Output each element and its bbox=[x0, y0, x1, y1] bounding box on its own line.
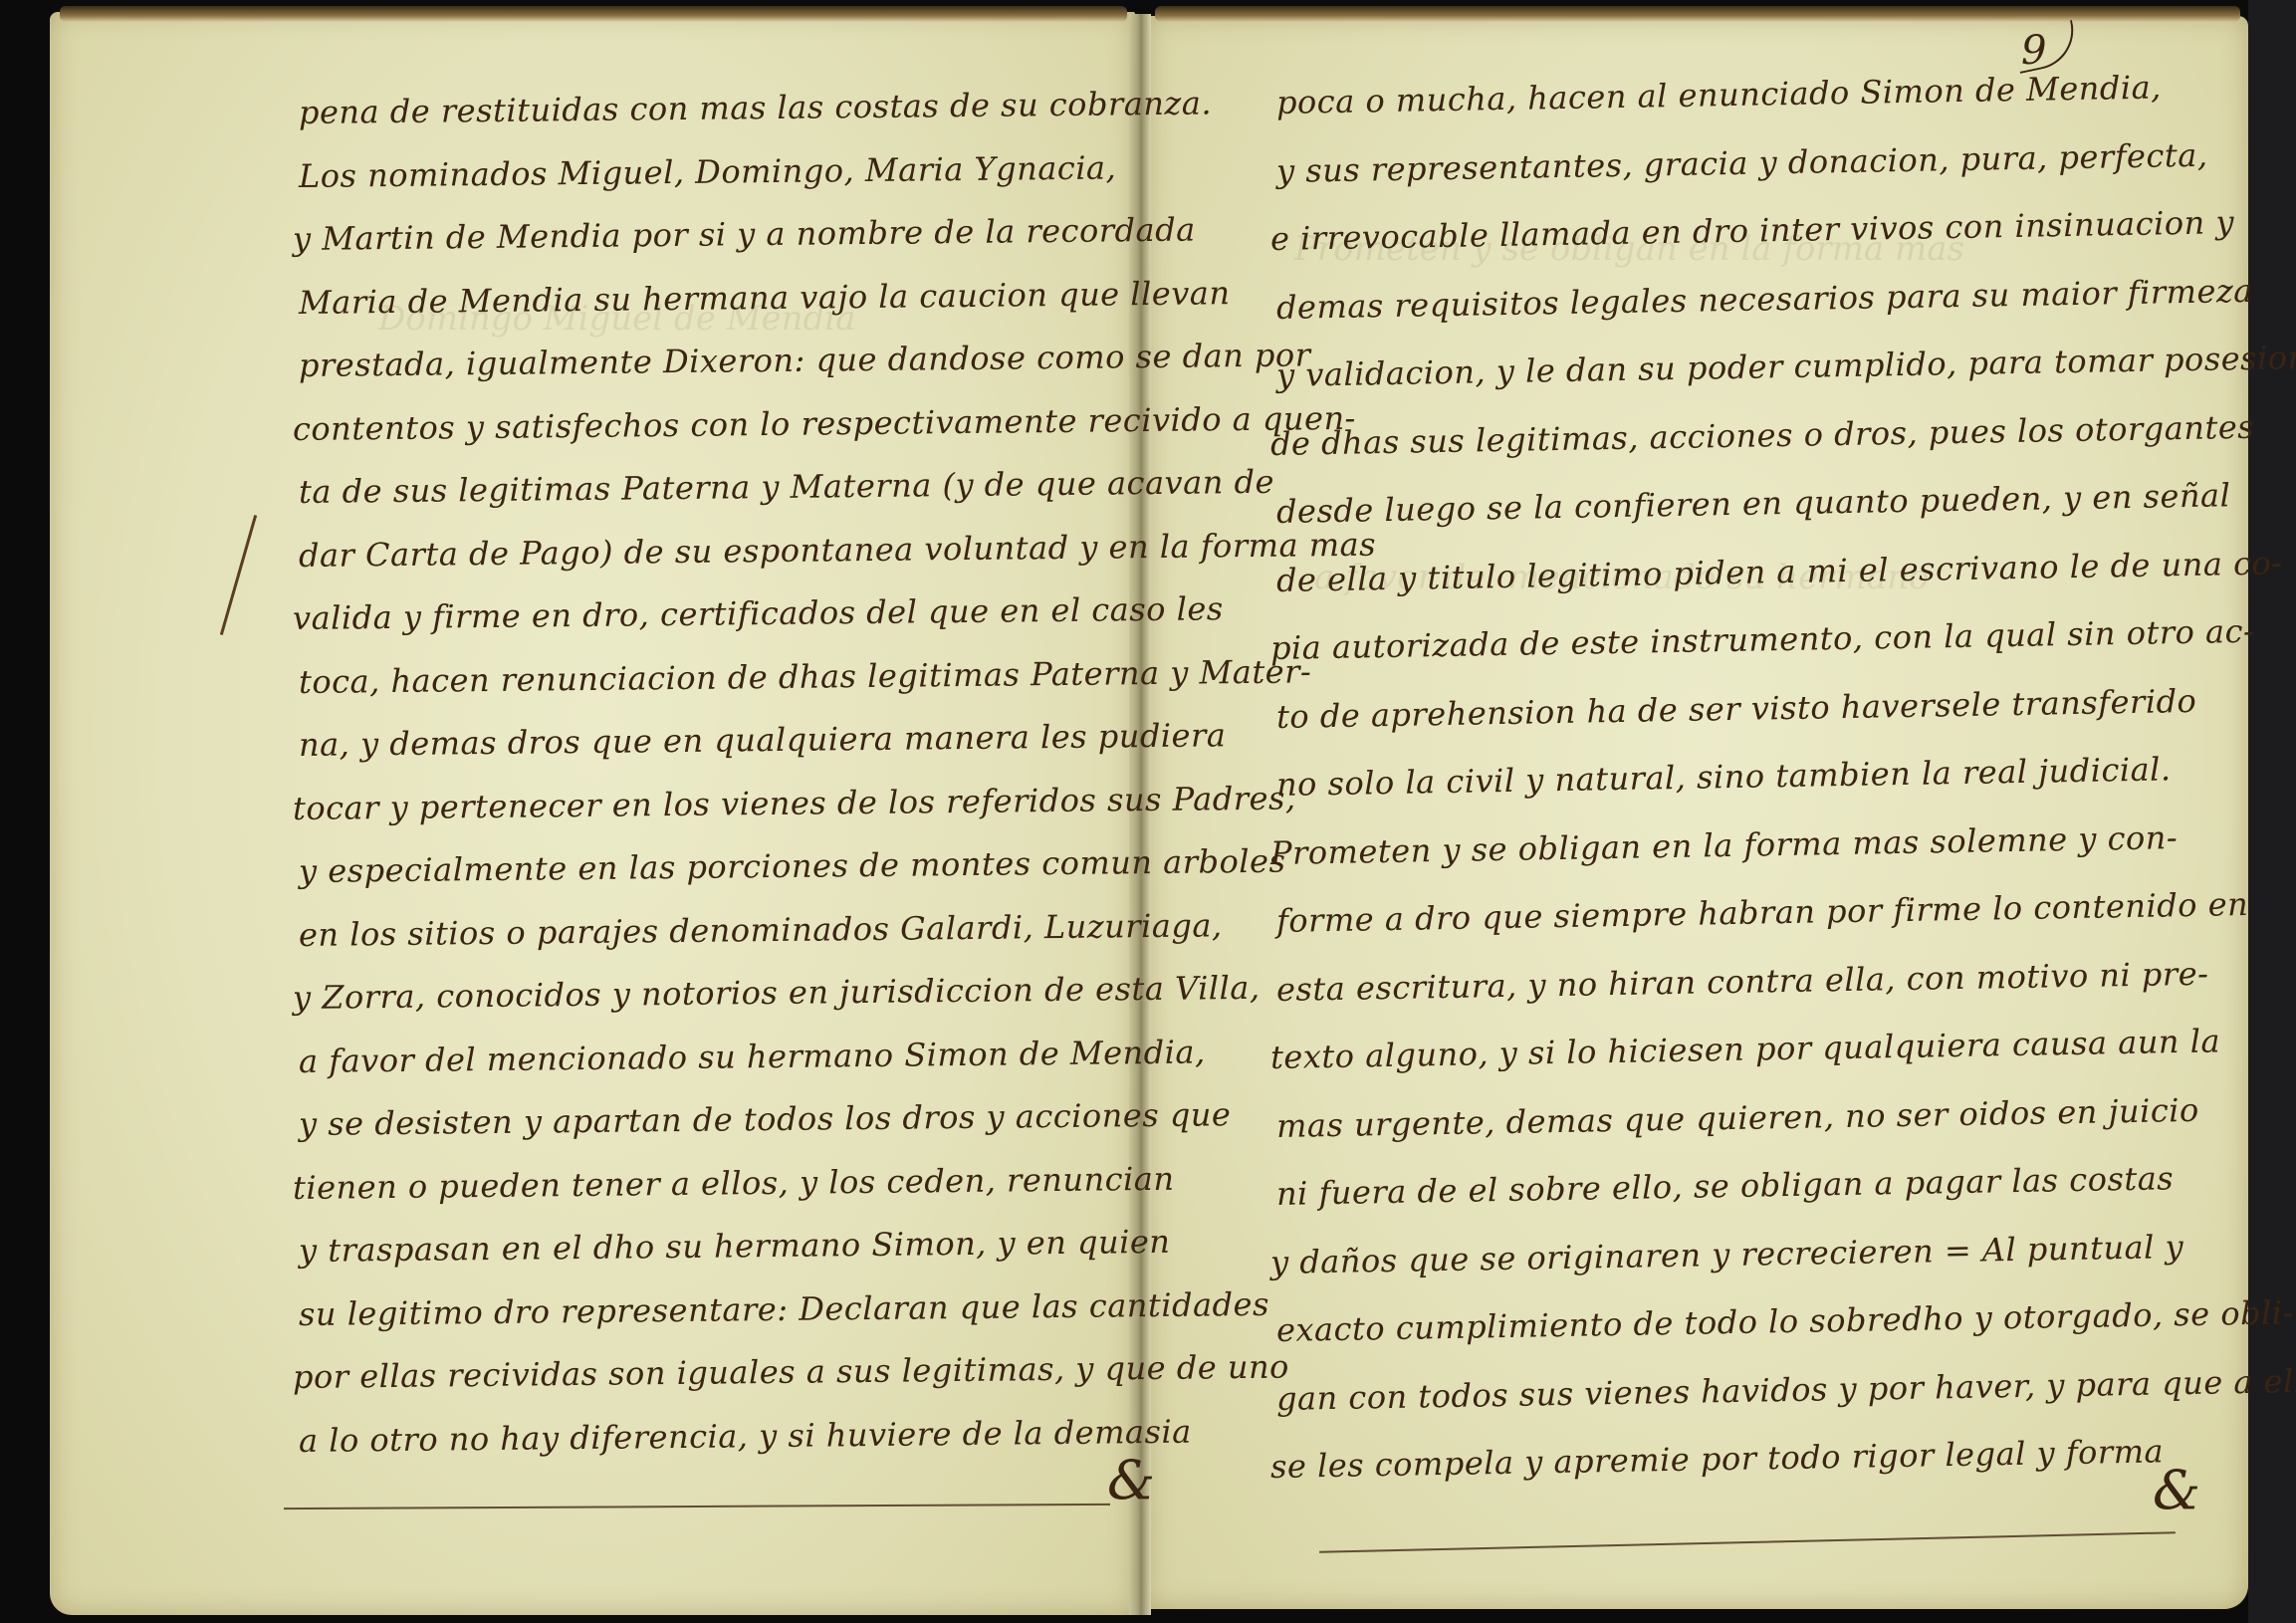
manuscript-line: en los sitios o parajes denominados Gala… bbox=[299, 907, 1095, 953]
manuscript-line: a favor del mencionado su hermano Simon … bbox=[299, 1034, 1095, 1079]
manuscript-line: tocar y pertenecer en los vienes de los … bbox=[293, 781, 1089, 826]
left-page-top-edge bbox=[60, 6, 1127, 22]
manuscript-line: dar Carta de Pago) de su espontanea volu… bbox=[299, 528, 1095, 574]
manuscript-line: toca, hacen renunciacion de dhas legitim… bbox=[299, 654, 1095, 700]
manuscript-line: Los nominados Miguel, Domingo, Maria Ygn… bbox=[299, 148, 1095, 194]
right-page-top-edge bbox=[1155, 6, 2240, 22]
end-flourish-left: & bbox=[1107, 1449, 1155, 1511]
folio-number: 9 bbox=[2021, 28, 2046, 74]
end-flourish-right: & bbox=[2153, 1459, 2200, 1521]
manuscript-line: Maria de Mendia su hermana vajo la cauci… bbox=[299, 275, 1095, 321]
manuscript-line: contentos y satisfechos con lo respectiv… bbox=[293, 401, 1089, 447]
